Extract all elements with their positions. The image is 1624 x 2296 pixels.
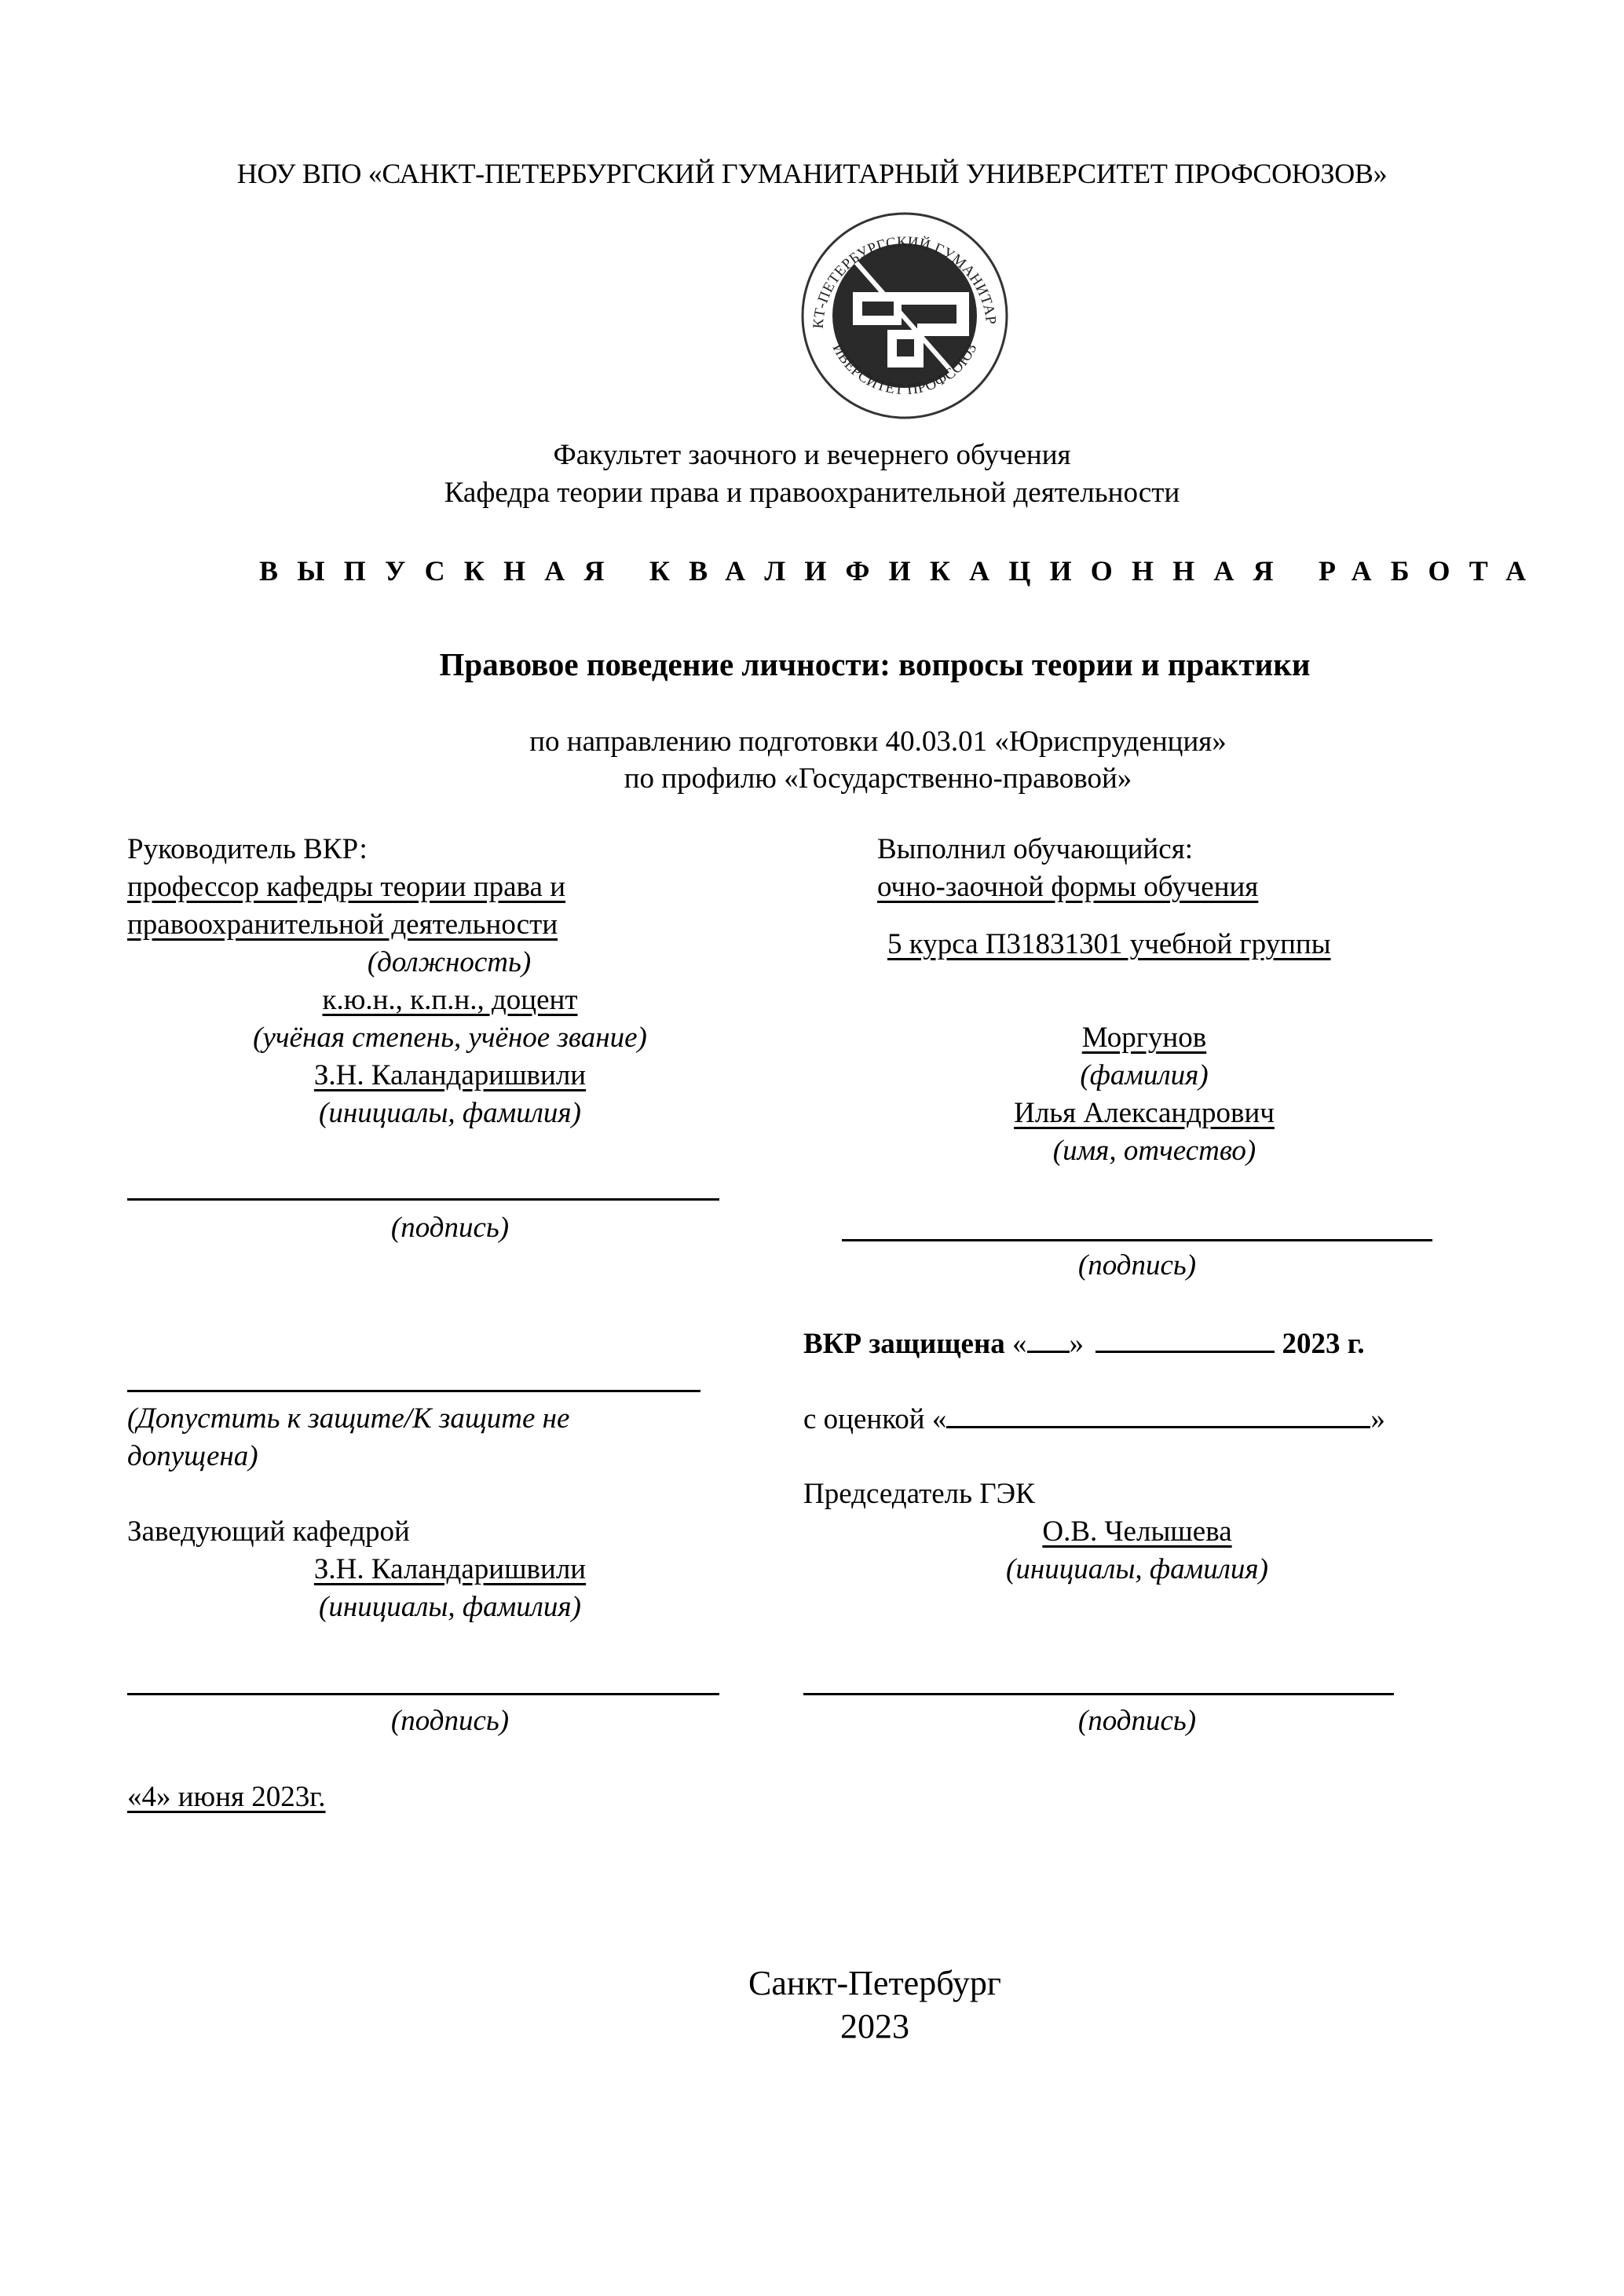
study-profile: по профилю «Государственно-правовой» <box>0 762 1624 795</box>
student-group: 5 курса П31831301 учебной группы <box>887 930 1331 959</box>
student-study-form: очно-заочной формы обучения <box>877 872 1258 901</box>
supervisor-name-caption: (инициалы, фамилия) <box>127 1099 773 1128</box>
admission-caption-line1: (Допустить к защите/К защите не <box>127 1404 569 1433</box>
document-type-heading: ВЫПУСКНАЯ КВАЛИФИКАЦИОННАЯ РАБОТА <box>259 554 1545 587</box>
admission-caption-line2: допущена) <box>127 1442 258 1471</box>
supervisor-position-caption: (должность) <box>127 948 771 977</box>
department-name: Кафедра теории права и правоохранительно… <box>0 476 1624 510</box>
commission-chair-signature-caption: (подпись) <box>803 1706 1471 1735</box>
supervisor-position-line2: правоохранительной деятельности <box>127 910 558 939</box>
grade-label: с оценкой « <box>803 1403 946 1435</box>
day-quote-close: » <box>1070 1328 1084 1360</box>
head-of-department-signature-caption: (подпись) <box>127 1706 773 1735</box>
head-of-department-name-caption: (инициалы, фамилия) <box>127 1592 773 1621</box>
defense-day-field[interactable] <box>1027 1329 1070 1353</box>
thesis-title: Правовое поведение личности: вопросы тео… <box>0 645 1624 683</box>
head-of-department-signature-line <box>127 1693 719 1695</box>
grade-field[interactable] <box>946 1404 1370 1428</box>
defense-grade: с оценкой «» <box>803 1404 1385 1434</box>
university-seal-icon: САНКТ-ПЕТЕРБУРГСКИЙ ГУМАНИТАРНЫЙ УНИВЕРС… <box>799 210 1010 421</box>
head-of-department-label: Заведующий кафедрой <box>127 1517 410 1546</box>
day-quote-open: « <box>1012 1328 1027 1360</box>
student-label: Выполнил обучающийся: <box>877 835 1193 864</box>
city: Санкт-Петербург <box>0 1963 1624 2003</box>
faculty-name: Факультет заочного и вечернего обучения <box>0 438 1624 472</box>
university-name: НОУ ВПО «САНКТ-ПЕТЕРБУРГСКИЙ ГУМАНИТАРНЫ… <box>0 157 1624 190</box>
head-of-department-name: З.Н. Каландаришвили <box>127 1555 773 1584</box>
year: 2023 <box>0 2006 1624 2046</box>
student-surname: Моргунов <box>877 1023 1411 1052</box>
commission-chair-name-caption: (инициалы, фамилия) <box>803 1555 1471 1584</box>
student-signature-caption: (подпись) <box>842 1251 1432 1280</box>
defense-year: 2023 г. <box>1282 1328 1365 1360</box>
defense-status: ВКР защищена «» 2023 г. <box>803 1329 1365 1358</box>
supervisor-label: Руководитель ВКР: <box>127 835 368 864</box>
admission-signature-line <box>127 1390 700 1392</box>
student-surname-caption: (фамилия) <box>877 1061 1411 1090</box>
student-given-names: Илья Александрович <box>877 1099 1411 1128</box>
student-signature-line <box>842 1239 1432 1241</box>
approval-date: «4» июня 2023г. <box>127 1782 326 1812</box>
student-given-names-caption: (имя, отчество) <box>877 1136 1432 1165</box>
defended-label: ВКР защищена <box>803 1328 1005 1360</box>
defense-month-field[interactable] <box>1095 1329 1275 1353</box>
grade-quote-close: » <box>1370 1403 1385 1435</box>
supervisor-position-line1: профессор кафедры теории права и <box>127 872 565 901</box>
commission-chair-label: Председатель ГЭК <box>803 1479 1035 1508</box>
study-direction: по направлению подготовки 40.03.01 «Юрис… <box>0 725 1624 759</box>
supervisor-degree: к.ю.н., к.п.н., доцент <box>127 985 773 1015</box>
supervisor-name: З.Н. Каландаришвили <box>127 1061 773 1090</box>
commission-chair-signature-line <box>803 1693 1394 1695</box>
supervisor-signature-caption: (подпись) <box>127 1213 773 1242</box>
commission-chair-name: О.В. Челышева <box>803 1517 1471 1546</box>
supervisor-degree-caption: (учёная степень, учёное звание) <box>127 1023 773 1052</box>
supervisor-signature-line <box>127 1198 719 1201</box>
